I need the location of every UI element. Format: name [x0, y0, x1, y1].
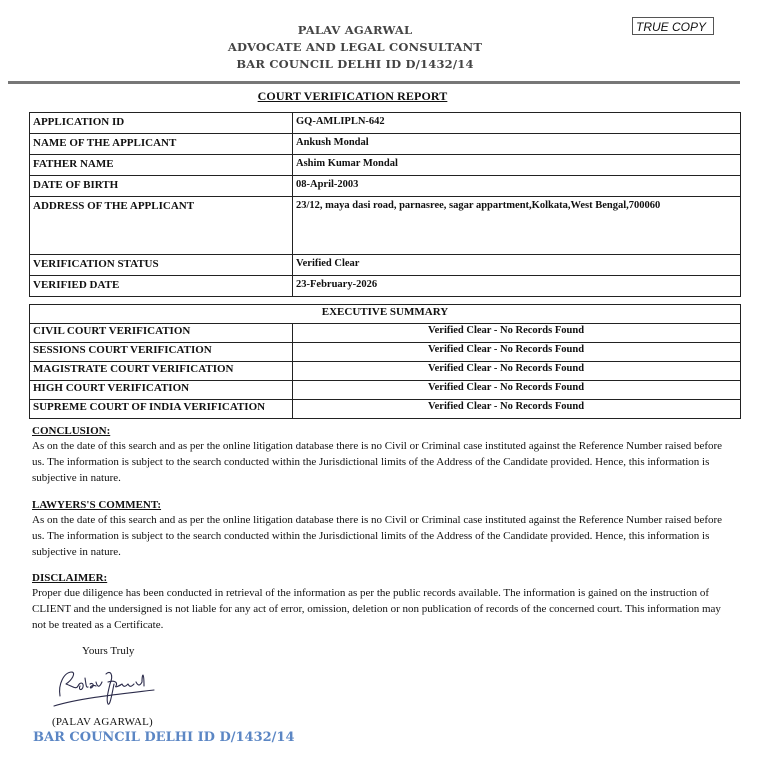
detail-label: VERIFICATION STATUS: [30, 255, 293, 276]
summary-label: SESSIONS COURT VERIFICATION: [30, 343, 293, 362]
summary-label: CIVIL COURT VERIFICATION: [30, 324, 293, 343]
summary-heading: EXECUTIVE SUMMARY: [30, 305, 741, 324]
summary-value: Verified Clear - No Records Found: [293, 400, 741, 419]
detail-value: 23/12, maya dasi road, parnasree, sagar …: [293, 197, 741, 255]
conclusion-body: As on the date of this search and as per…: [32, 439, 732, 486]
table-header-row: EXECUTIVE SUMMARY: [30, 305, 741, 324]
detail-label: NAME OF THE APPLICANT: [30, 134, 293, 155]
executive-summary-table: EXECUTIVE SUMMARY CIVIL COURT VERIFICATI…: [29, 304, 741, 419]
detail-value: Verified Clear: [293, 255, 741, 276]
detail-label: APPLICATION ID: [30, 113, 293, 134]
lawyers-comment-title: LAWYERS'S COMMENT:: [32, 498, 732, 513]
letterhead: PALAV AGARWAL ADVOCATE AND LEGAL CONSULT…: [0, 22, 710, 73]
lawyers-comment-section: LAWYERS'S COMMENT: As on the date of thi…: [32, 498, 732, 560]
table-row: HIGH COURT VERIFICATION Verified Clear -…: [30, 381, 741, 400]
disclaimer-title: DISCLAIMER:: [32, 571, 732, 586]
table-row: VERIFIED DATE 23-February-2026: [30, 276, 741, 297]
summary-label: HIGH COURT VERIFICATION: [30, 381, 293, 400]
lawyers-comment-body: As on the date of this search and as per…: [32, 513, 732, 560]
table-row: ADDRESS OF THE APPLICANT 23/12, maya das…: [30, 197, 741, 255]
table-row: NAME OF THE APPLICANT Ankush Mondal: [30, 134, 741, 155]
table-row: VERIFICATION STATUS Verified Clear: [30, 255, 741, 276]
header-divider: [8, 81, 740, 84]
detail-value: Ankush Mondal: [293, 134, 741, 155]
summary-value: Verified Clear - No Records Found: [293, 343, 741, 362]
detail-value: GQ-AMLIPLN-642: [293, 113, 741, 134]
table-row: SESSIONS COURT VERIFICATION Verified Cle…: [30, 343, 741, 362]
detail-value: 08-April-2003: [293, 176, 741, 197]
summary-label: SUPREME COURT OF INDIA VERIFICATION: [30, 400, 293, 419]
detail-label: VERIFIED DATE: [30, 276, 293, 297]
table-row: CIVIL COURT VERIFICATION Verified Clear …: [30, 324, 741, 343]
detail-label: ADDRESS OF THE APPLICANT: [30, 197, 293, 255]
signature-image: [50, 664, 160, 712]
table-row: MAGISTRATE COURT VERIFICATION Verified C…: [30, 362, 741, 381]
detail-value: 23-February-2026: [293, 276, 741, 297]
conclusion-title: CONCLUSION:: [32, 424, 732, 439]
detail-label: DATE OF BIRTH: [30, 176, 293, 197]
detail-value: Ashim Kumar Mondal: [293, 155, 741, 176]
true-copy-stamp: TRUE COPY: [632, 17, 714, 35]
table-row: DATE OF BIRTH 08-April-2003: [30, 176, 741, 197]
advocate-bar-id: BAR COUNCIL DELHI ID D/1432/14: [0, 56, 710, 73]
closing-salutation: Yours Truly: [82, 645, 134, 657]
footer-bar-council-id: BAR COUNCIL DELHI ID D/1432/14: [33, 730, 295, 745]
disclaimer-section: DISCLAIMER: Proper due diligence has bee…: [32, 571, 732, 633]
summary-label: MAGISTRATE COURT VERIFICATION: [30, 362, 293, 381]
signatory-name: (PALAV AGARWAL): [52, 716, 153, 728]
report-title: COURT VERIFICATION REPORT: [0, 89, 705, 104]
table-row: APPLICATION ID GQ-AMLIPLN-642: [30, 113, 741, 134]
summary-value: Verified Clear - No Records Found: [293, 381, 741, 400]
detail-label: FATHER NAME: [30, 155, 293, 176]
conclusion-section: CONCLUSION: As on the date of this searc…: [32, 424, 732, 486]
advocate-name: PALAV AGARWAL: [0, 22, 710, 39]
disclaimer-body: Proper due diligence has been conducted …: [32, 586, 732, 633]
summary-value: Verified Clear - No Records Found: [293, 324, 741, 343]
summary-value: Verified Clear - No Records Found: [293, 362, 741, 381]
advocate-designation: ADVOCATE AND LEGAL CONSULTANT: [0, 39, 710, 56]
applicant-details-table: APPLICATION ID GQ-AMLIPLN-642 NAME OF TH…: [29, 112, 741, 297]
table-row: FATHER NAME Ashim Kumar Mondal: [30, 155, 741, 176]
table-row: SUPREME COURT OF INDIA VERIFICATION Veri…: [30, 400, 741, 419]
